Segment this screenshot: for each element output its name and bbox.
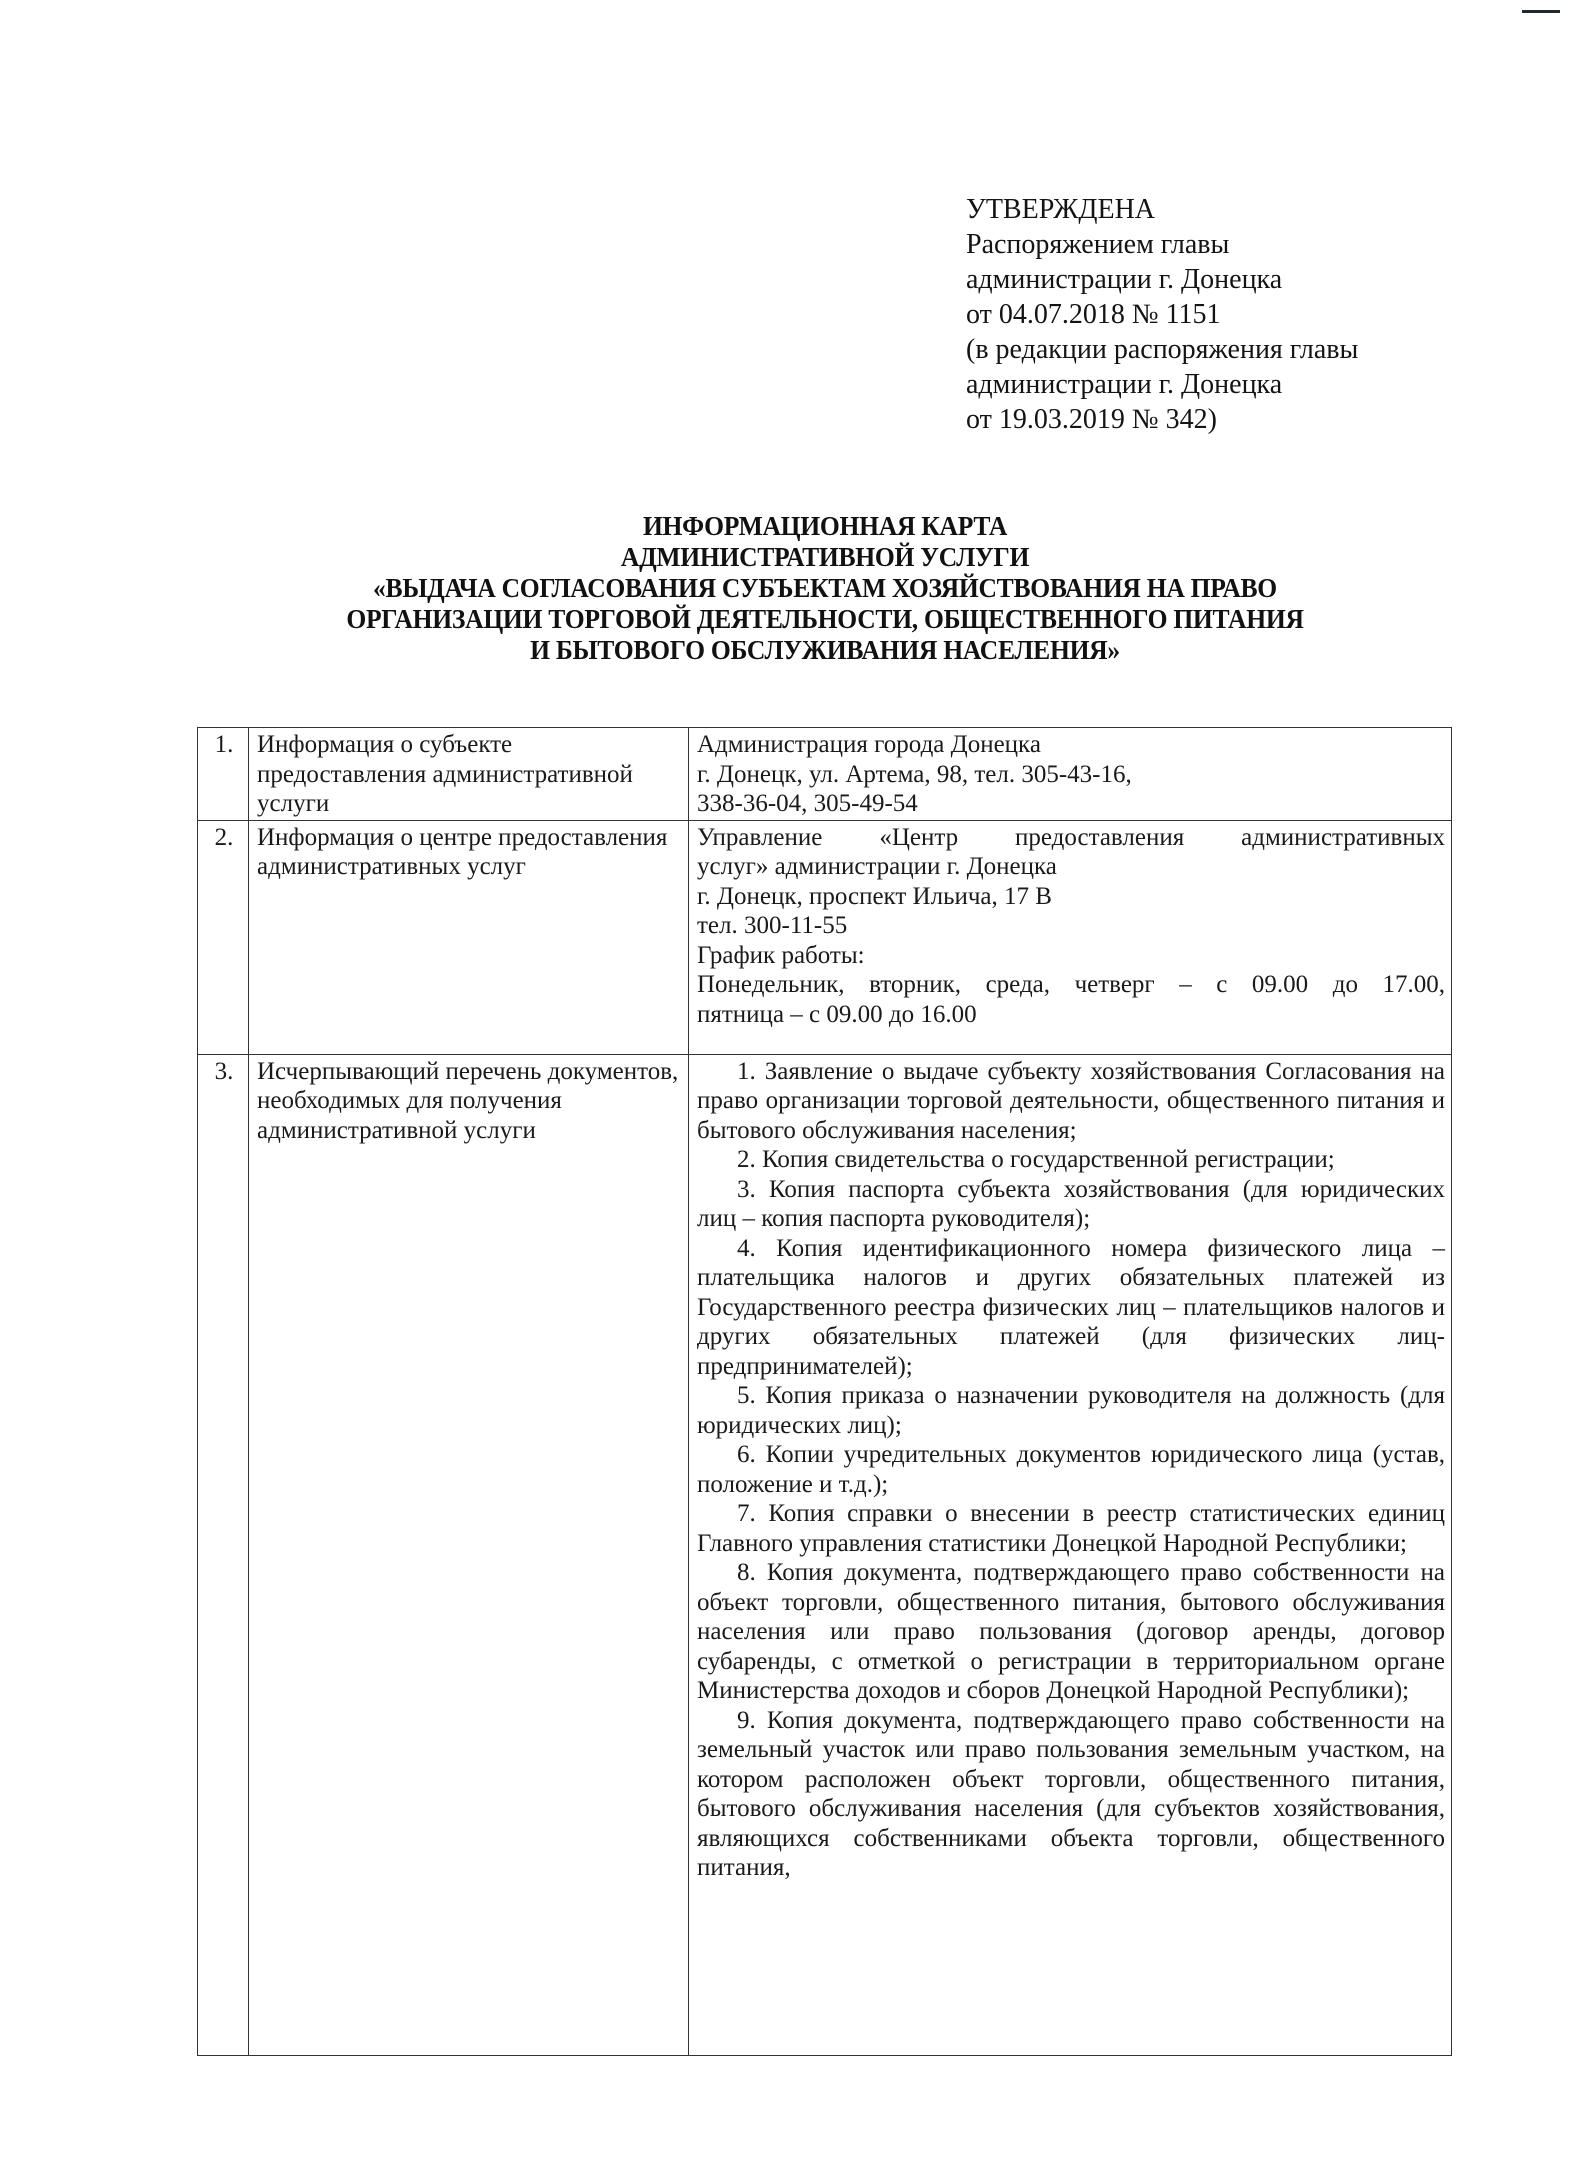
row-value: Управление «Центр предоставления админис…	[689, 820, 1452, 1054]
approval-line: от 04.07.2018 № 1151	[966, 297, 1358, 332]
approval-heading: УТВЕРЖДЕНА	[966, 192, 1358, 227]
document-list-item: 1. Заявление о выдаче субъекту хозяйство…	[697, 1057, 1445, 1146]
document-list-item: 7. Копия справки о внесении в реестр ста…	[697, 1499, 1445, 1558]
title-line: ИНФОРМАЦИОННАЯ КАРТА	[244, 510, 1407, 541]
row-label: Информация о центре предоставления админ…	[249, 820, 689, 1054]
value-line: г. Донецк, ул. Артема, 98, тел. 305-43-1…	[697, 760, 1445, 790]
document-list-item: 2. Копия свидетельства о государственной…	[697, 1145, 1445, 1175]
approval-line: от 19.03.2019 № 342)	[966, 402, 1358, 437]
row-number: 3.	[198, 1054, 249, 2055]
title-line: АДМИНИСТРАТИВНОЙ УСЛУГИ	[244, 541, 1407, 572]
title-line: «ВЫДАЧА СОГЛАСОВАНИЯ СУБЪЕКТАМ ХОЗЯЙСТВО…	[244, 572, 1407, 603]
title-line: И БЫТОВОГО ОБСЛУЖИВАНИЯ НАСЕЛЕНИЯ»	[244, 634, 1407, 665]
table-row: 2. Информация о центре предоставления ад…	[198, 820, 1452, 1054]
value-line: услуг» администрации г. Донецка	[697, 852, 1445, 882]
value-line: График работы:	[697, 941, 1445, 971]
approval-line: администрации г. Донецка	[966, 367, 1358, 402]
row-value: 1. Заявление о выдаче субъекту хозяйство…	[689, 1054, 1452, 2055]
document-list-item: 4. Копия идентификационного номера физич…	[697, 1234, 1445, 1382]
row-number: 2.	[198, 820, 249, 1054]
value-line: 338-36-04, 305-49-54	[697, 789, 1445, 819]
document-list-item: 9. Копия документа, подтверждающего прав…	[697, 1706, 1445, 1883]
value-line: тел. 300-11-55	[697, 911, 1445, 941]
row-label: Исчерпывающий перечень документов, необх…	[249, 1054, 689, 2055]
row-label: Информация о субъекте предоставления адм…	[249, 728, 689, 821]
title-line: ОРГАНИЗАЦИИ ТОРГОВОЙ ДЕЯТЕЛЬНОСТИ, ОБЩЕС…	[244, 603, 1407, 634]
document-list-item: 3. Копия паспорта субъекта хозяйствовани…	[697, 1175, 1445, 1234]
table-row: 3. Исчерпывающий перечень документов, не…	[198, 1054, 1452, 2055]
value-line: Управление «Центр предоставления админис…	[697, 823, 1445, 853]
approval-stamp: УТВЕРЖДЕНА Распоряжением главы администр…	[966, 192, 1358, 437]
value-line: Понедельник, вторник, среда, четверг – с…	[697, 970, 1445, 1000]
scan-corner-mark	[1522, 10, 1560, 13]
info-card-table: 1. Информация о субъекте предоставления …	[197, 727, 1452, 2056]
row-number: 1.	[198, 728, 249, 821]
approval-line: администрации г. Донецка	[966, 262, 1358, 297]
approval-line: (в редакции распоряжения главы	[966, 332, 1358, 367]
document-list-item: 6. Копии учредительных документов юридич…	[697, 1440, 1445, 1499]
row-value: Администрация города Донецка г. Донецк, …	[689, 728, 1452, 821]
value-line: Администрация города Донецка	[697, 730, 1445, 760]
value-line: г. Донецк, проспект Ильича, 17 В	[697, 882, 1445, 912]
value-line: пятница – с 09.00 до 16.00	[697, 1000, 1445, 1030]
document-list-item: 5. Копия приказа о назначении руководите…	[697, 1381, 1445, 1440]
document-title: ИНФОРМАЦИОННАЯ КАРТА АДМИНИСТРАТИВНОЙ УС…	[244, 510, 1407, 665]
table-row: 1. Информация о субъекте предоставления …	[198, 728, 1452, 821]
approval-line: Распоряжением главы	[966, 227, 1358, 262]
document-list-item: 8. Копия документа, подтверждающего прав…	[697, 1558, 1445, 1706]
